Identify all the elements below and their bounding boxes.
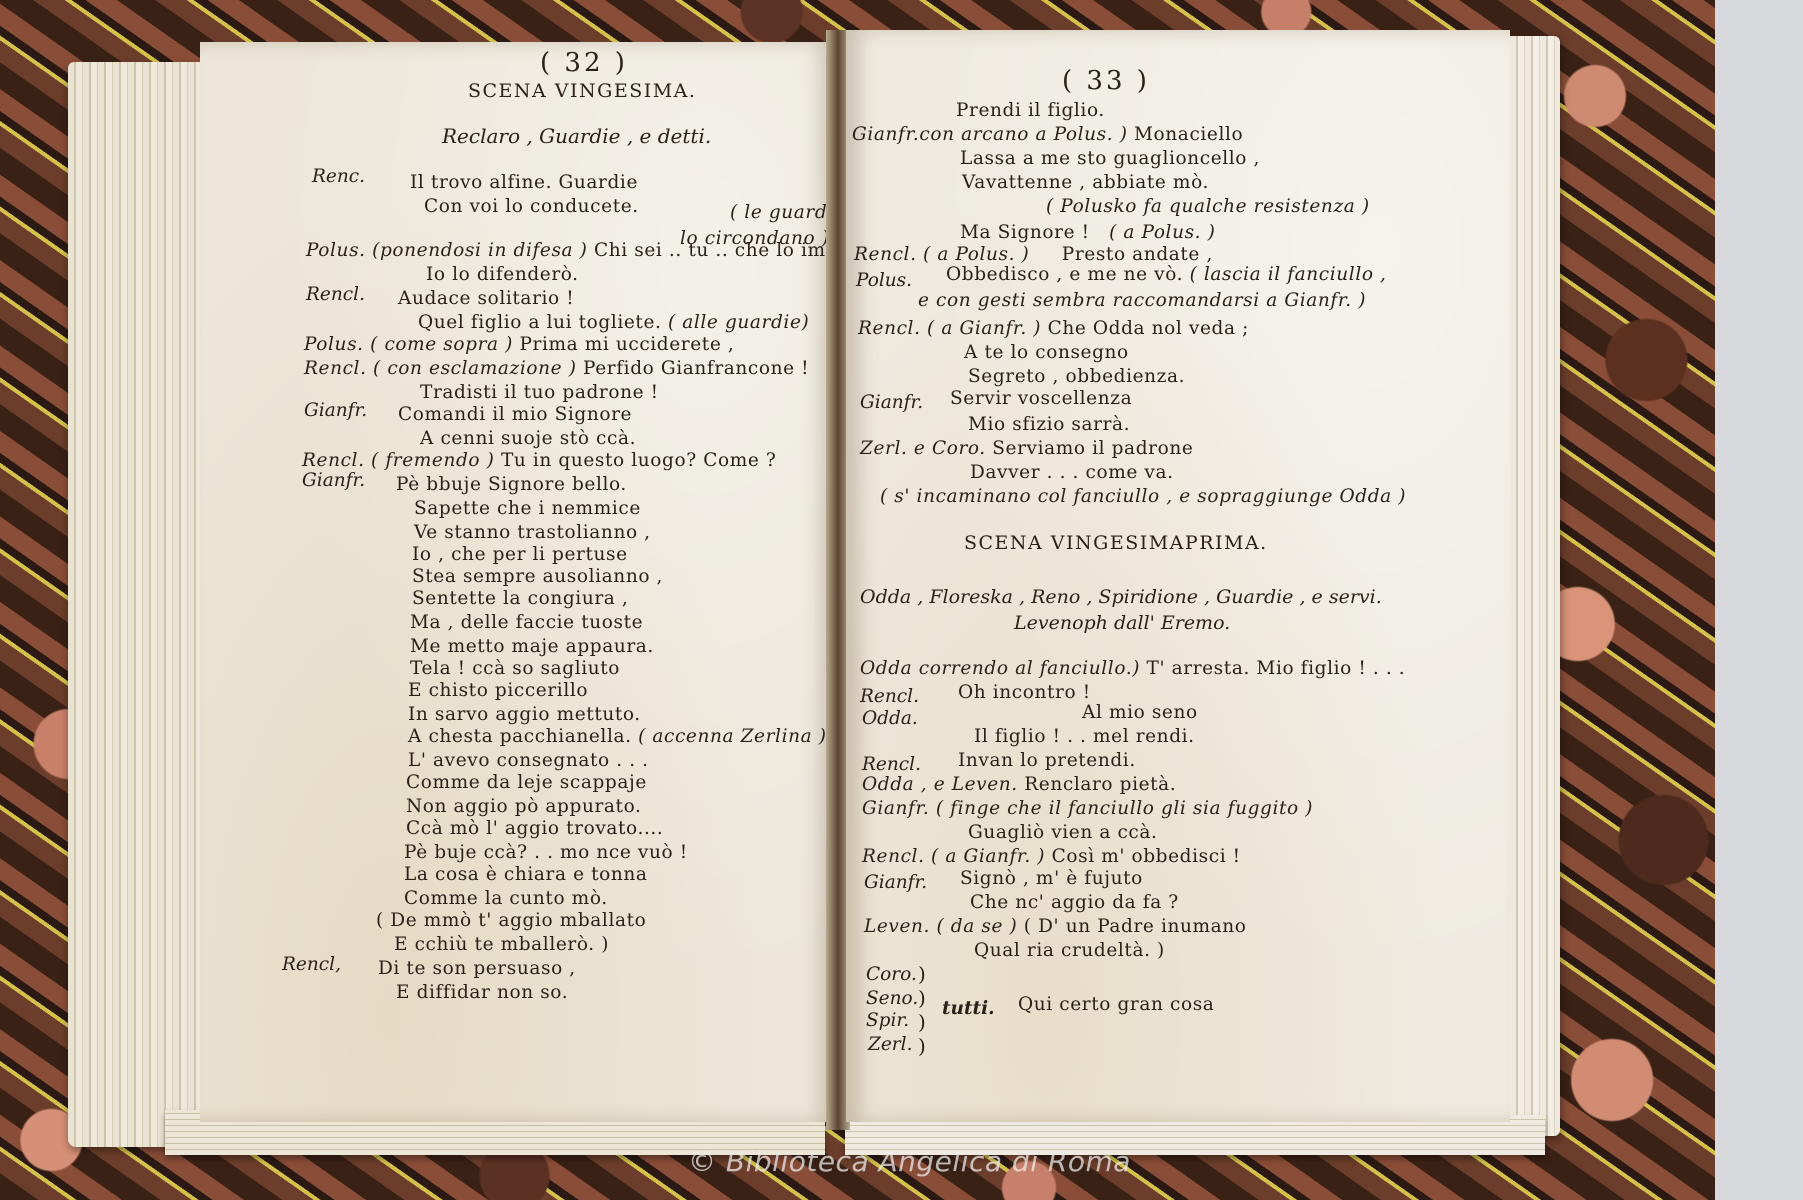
grey-backdrop [1715, 0, 1803, 1200]
verse-line: Quel figlio a lui togliete. ( alle guard… [418, 312, 809, 333]
cast-list: Reclaro , Guardie , e detti. [442, 124, 711, 148]
verse-line: Io lo difenderò. [426, 264, 579, 285]
scene-title: SCENA VINGESIMA. [468, 80, 696, 102]
verse-line: Al mio seno [1082, 702, 1198, 723]
verse-line: Tradisti il tuo padrone ! [420, 382, 659, 403]
verse-line: Ma , delle faccie tuoste [410, 612, 643, 633]
verse-line: Pè bbuje Signore bello. [396, 474, 627, 495]
speaker: Gianfr. [304, 400, 367, 421]
chorus-speaker: Coro. [866, 964, 917, 985]
verse-line: L' avevo consegnato . . . [408, 750, 649, 771]
verse-line: Sapette che i nemmice [414, 498, 641, 519]
verse-line: Il figlio ! . . mel rendi. [974, 726, 1195, 747]
verse-line: Il trovo alfine. Guardie [410, 172, 638, 193]
scene-title: SCENA VINGESIMAPRIMA. [964, 532, 1268, 554]
right-page: ( 33 ) Prendi il figlio. Gianfr.con arca… [846, 30, 1510, 1122]
verse-line: In sarvo aggio mettuto. [408, 704, 641, 725]
speaker: Rencl, [282, 954, 341, 975]
verse-line: Comme da leje scappaje [406, 772, 647, 793]
speaker: Rencl. [862, 754, 921, 775]
verse-line: Audace solitario ! [398, 288, 574, 309]
page-number: ( 32 ) [540, 48, 628, 78]
verse-line: Guagliò vien a ccà. [968, 822, 1157, 843]
chorus-speaker: Seno. [866, 988, 918, 1009]
verse-line: Segreto , obbedienza. [968, 366, 1185, 387]
chorus-brace: )))) [918, 962, 926, 1058]
verse-line: Tela ! ccà so sagliuto [410, 658, 620, 679]
verse-line: A te lo consegno [964, 342, 1129, 363]
speaker: Gianfr. [860, 392, 923, 413]
verse-line: Rencl. ( a Polus. ) Presto andate , [854, 244, 1213, 265]
verse-line: Oh incontro ! [958, 682, 1091, 703]
verse-line: Obbedisco , e me ne vò. ( lascia il fanc… [946, 264, 1387, 285]
stage-direction: e con gesti sembra raccomandarsi a Gianf… [918, 290, 1366, 311]
cast-list: Levenoph dall' Eremo. [1014, 612, 1230, 634]
verse-line: Io , che per li pertuse [412, 544, 628, 565]
verse-line: Non aggio pò appurato. [406, 796, 641, 817]
page-number: ( 33 ) [1062, 66, 1150, 96]
speaker: Renc. [312, 166, 365, 187]
cast-list: Odda , Floreska , Reno , Spiridione , Gu… [860, 586, 1382, 608]
verse-line: Sentette la congiura , [412, 588, 628, 609]
verse-line: La cosa è chiara e tonna [404, 864, 648, 885]
verse-line: Gianfr. ( finge che il fanciullo gli sia… [862, 798, 1313, 819]
verse-line: Di te son persuaso , [378, 958, 576, 979]
verse-line: Rencl. ( fremendo ) Tu in questo luogo? … [302, 450, 776, 471]
chorus-speaker: Spir. [866, 1010, 909, 1031]
verse-line: Prendi il figlio. [956, 100, 1105, 121]
verse-line: Lassa a me sto guaglioncello , [960, 148, 1260, 169]
verse-line: Qual ria crudeltà. ) [974, 940, 1165, 961]
stage-direction: ( s' incaminano col fanciullo , e soprag… [880, 486, 1406, 507]
verse-line: Qui certo gran cosa [1018, 994, 1214, 1015]
speaker: Odda. [862, 708, 918, 729]
left-page: ( 32 ) SCENA VINGESIMA. Reclaro , Guardi… [200, 42, 834, 1122]
speaker: Gianfr. [302, 470, 365, 491]
verse-line: ( De mmò t' aggio mballato [376, 910, 646, 931]
chorus-label: tutti. [942, 998, 995, 1019]
verse-line: Polus. ( come sopra ) Prima mi uccideret… [304, 334, 734, 355]
verse-line: A cenni suoje stò ccà. [420, 428, 636, 449]
verse-line: Comandi il mio Signore [398, 404, 632, 425]
verse-line: Stea sempre ausolianno , [412, 566, 663, 587]
copyright-watermark: © Biblioteca Angelica di Roma [688, 1145, 1131, 1178]
speaker: Rencl. [860, 686, 919, 707]
verse-line: A chesta pacchianella. ( accenna Zerlina… [408, 726, 827, 747]
verse-line: Invan lo pretendi. [958, 750, 1136, 771]
verse-line: Che nc' aggio da fa ? [970, 892, 1179, 913]
verse-line: Ma Signore ! ( a Polus. ) [960, 222, 1215, 243]
verse-line: Leven. ( da se ) ( D' un Padre inumano [864, 916, 1247, 937]
verse-line: E diffidar non so. [396, 982, 568, 1003]
verse-line: Zerl. e Coro. Serviamo il padrone [860, 438, 1193, 459]
verse-line: Rencl. ( con esclamazione ) Perfido Gian… [304, 358, 809, 379]
verse-line: Servir voscellenza [950, 388, 1132, 409]
verse-line: Me metto maje appaura. [410, 636, 654, 657]
verse-line: Gianfr.con arcano a Polus. ) Monaciello [852, 124, 1243, 145]
verse-line: Ccà mò l' aggio trovato.... [406, 818, 663, 839]
left-page-block-edges [68, 62, 218, 1147]
verse-line: Mio sfizio sarrà. [968, 414, 1130, 435]
verse-line: Ve stanno trastolianno , [414, 522, 651, 543]
verse-line: E cchiù te mballerò. ) [394, 934, 609, 955]
chorus-speaker: Zerl. [868, 1034, 912, 1055]
speaker: Polus. [856, 270, 912, 291]
verse-line: Rencl. ( a Gianfr. ) Che Odda nol veda ; [858, 318, 1249, 339]
speaker: Rencl. [306, 284, 365, 305]
verse-line: Vavattenne , abbiate mò. [962, 172, 1209, 193]
verse-line: Davver . . . come va. [970, 462, 1174, 483]
verse-line: Polus. (ponendosi in difesa ) Chi sei ..… [306, 240, 879, 261]
speaker: Gianfr. [864, 872, 927, 893]
verse-line: Pè buje ccà? . . mo nce vuò ! [404, 842, 688, 863]
verse-line: Comme la cunto mò. [404, 888, 608, 909]
verse-line: Odda , e Leven. Renclaro pietà. [862, 774, 1176, 795]
verse-line: Signò , m' è fujuto [960, 868, 1143, 889]
verse-line: Odda correndo al fanciullo.) T' arresta.… [860, 658, 1405, 679]
verse-line: E chisto piccerillo [408, 680, 588, 701]
verse-line: Rencl. ( a Gianfr. ) Così m' obbedisci ! [862, 846, 1241, 867]
stage-direction: ( Polusko fa qualche resistenza ) [1046, 196, 1370, 217]
verse-line: Con voi lo conducete. [424, 196, 639, 217]
